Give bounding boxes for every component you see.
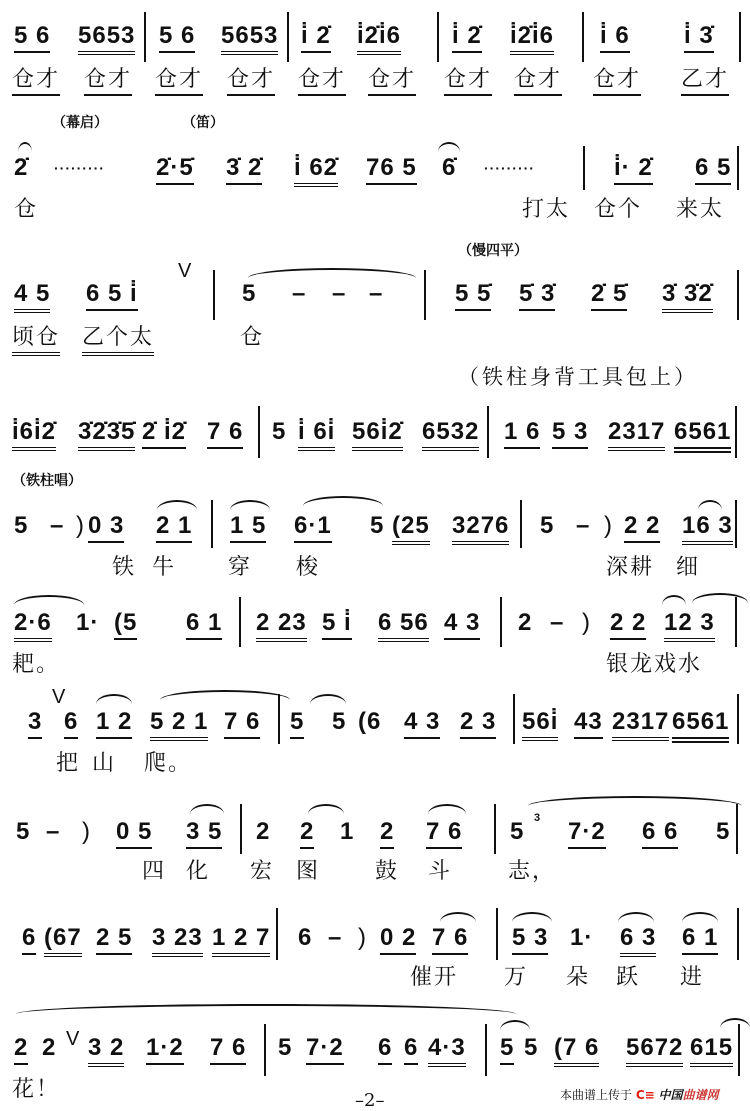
lyric: 仓 xyxy=(240,320,264,351)
note-group: 6 5 xyxy=(695,154,731,185)
note-group: 2 2 xyxy=(624,512,660,543)
barline xyxy=(424,270,426,320)
note-group: 6 1 xyxy=(682,924,718,955)
lyric: 仓才 xyxy=(12,62,60,96)
note: 5 xyxy=(510,818,524,846)
note-group: 6 3 xyxy=(620,924,656,957)
slur xyxy=(248,268,416,278)
annotation-slow-siping: （慢四平） xyxy=(458,240,528,260)
note-group: 2 1 xyxy=(156,512,192,543)
note-group: 3̇ 2̇ xyxy=(226,154,262,185)
note: 1 xyxy=(340,818,354,846)
note: 6 xyxy=(22,924,36,955)
lyric: 铁 xyxy=(112,550,136,581)
note: 2 xyxy=(42,1034,56,1062)
note-group: 615 xyxy=(690,1034,733,1067)
barline xyxy=(735,500,737,548)
lyric: 催开 xyxy=(410,960,458,991)
site-logo-icon: C≡ xyxy=(636,1088,655,1102)
site-name-part-b: 曲谱网 xyxy=(683,1088,719,1102)
note-group: 5653 xyxy=(78,22,135,55)
slur xyxy=(682,912,718,922)
lyric: 志， xyxy=(508,854,556,885)
barline xyxy=(213,270,215,320)
dash: – xyxy=(550,609,564,637)
fermata-icon xyxy=(438,142,460,152)
lyric: 花！ xyxy=(12,1072,60,1103)
note-group: 56i̇2̇ xyxy=(352,418,403,451)
note-group: 2̇·5̇ xyxy=(156,154,194,185)
barline xyxy=(144,12,146,62)
note-group: 7 6 xyxy=(224,708,260,739)
lyric: 穿 xyxy=(228,550,252,581)
barline xyxy=(500,597,502,647)
barline xyxy=(276,908,278,960)
barline xyxy=(737,146,739,190)
slur xyxy=(190,804,224,814)
lyric: 化 xyxy=(186,854,210,885)
note: 5 xyxy=(278,1034,292,1062)
barline xyxy=(737,694,739,744)
barline xyxy=(240,804,242,854)
note-group: i̇ 62̇ xyxy=(294,154,338,187)
barline xyxy=(487,406,489,458)
score-line-7: V 3 6 1 2 5 2 1 7 6 5 5 (6 4 3 2 3 56i̇ … xyxy=(0,686,750,776)
note-group: 2 5 xyxy=(96,924,132,955)
dash: – xyxy=(46,818,60,846)
note: 5 xyxy=(332,708,346,736)
slur xyxy=(303,496,383,506)
note-group: 1 5 xyxy=(230,512,266,543)
lyric: 银龙戏水 xyxy=(606,647,702,678)
slur xyxy=(512,912,552,922)
note-group: 0 5 xyxy=(116,818,152,849)
note-group: i̇6i̇2̇ xyxy=(12,418,56,451)
note-group: 6532 xyxy=(422,418,479,451)
barline xyxy=(738,1024,740,1076)
lyric: 把 xyxy=(56,746,80,777)
note-group: 6561 xyxy=(674,418,731,453)
lyric: 仓才 xyxy=(444,62,492,96)
dash: – xyxy=(328,924,342,952)
source-text: 本曲谱上传于 xyxy=(560,1088,632,1102)
note-group: 5̇ 3̇ xyxy=(519,280,555,311)
slur xyxy=(230,500,270,510)
paren: ) xyxy=(76,512,85,540)
score-line-5: （铁柱唱） 5 – ) 0 3 2 1 1 5 6·1 5 (25 3276 5… xyxy=(0,470,750,580)
note: 5 xyxy=(290,708,304,739)
note-group: (25 xyxy=(392,512,430,545)
lyric: 牛 xyxy=(152,550,176,581)
note-group: 4 3 xyxy=(444,609,480,640)
note-group: 7 6 xyxy=(207,418,243,449)
note-group: 3 23 xyxy=(152,924,203,957)
paren: ) xyxy=(358,924,367,952)
note-group: 3276 xyxy=(452,512,509,545)
dash: – xyxy=(369,280,383,308)
lyric: 梭 xyxy=(296,550,320,581)
note: 6 xyxy=(378,1034,392,1065)
slur xyxy=(662,595,686,605)
barline xyxy=(513,694,515,744)
note-group: 43 xyxy=(574,708,603,739)
annotation-tiezhu-sings: （铁柱唱） xyxy=(12,470,82,490)
note: 1· xyxy=(76,609,99,637)
note-group: i̇2̇i̇6 xyxy=(357,22,401,55)
note-group: 5 5̇ xyxy=(455,280,491,311)
score-line-8: 5 – ) 0 5 3 5 2 2 1 2 7 6 5 3 7·2 6 6 5 … xyxy=(0,796,750,886)
slur xyxy=(698,500,722,510)
page-number: –2– xyxy=(355,1090,384,1111)
note-group: 5653 xyxy=(221,22,278,55)
lyric: 细 xyxy=(676,550,700,581)
note-group: 5 6 xyxy=(159,22,195,53)
barline xyxy=(287,12,289,62)
note-group: i̇ 6 xyxy=(600,22,630,53)
lyric: 鼓 xyxy=(375,854,399,885)
lyric: 四 xyxy=(142,854,166,885)
note: 6 xyxy=(298,924,312,952)
lyric: 斗 xyxy=(428,854,452,885)
grace-note: 3 xyxy=(534,812,541,824)
note: 2 xyxy=(380,818,394,849)
note-group: 4·3 xyxy=(428,1034,466,1067)
note-group: i̇2̇i̇6 xyxy=(510,22,554,55)
barline xyxy=(737,908,739,960)
note: 2 xyxy=(256,818,270,846)
lyric: 仓才 xyxy=(368,62,416,96)
note-group: (67 xyxy=(44,924,82,957)
lyric: 万 xyxy=(504,960,528,991)
barline xyxy=(736,804,738,854)
barline xyxy=(735,406,737,458)
score-line-6: 2·6 1· (5 6 1 2 23 5 i̇ 6 56 4 3 2 – ) 2… xyxy=(0,585,750,685)
barline xyxy=(520,500,522,548)
paren: ) xyxy=(582,609,591,637)
barline xyxy=(437,12,439,62)
note-group: i̇ 2̇ xyxy=(301,22,331,53)
lyric: 山 xyxy=(92,746,116,777)
barline xyxy=(239,597,241,647)
note: 2 xyxy=(14,1034,28,1065)
lyric: 仓才 xyxy=(593,62,641,96)
note: 5 xyxy=(14,512,28,540)
dash: – xyxy=(332,280,346,308)
lyric: 仓才 xyxy=(155,62,203,96)
note-group: 2̇ 5̇ xyxy=(591,280,627,311)
note-group: 5 3 xyxy=(552,418,588,449)
hold-dots: ········· xyxy=(484,160,535,176)
note-group: 1 2 xyxy=(96,708,132,739)
note-group: 5 2 1 xyxy=(150,708,208,741)
lyric: 仓 xyxy=(14,192,38,223)
slur xyxy=(618,912,654,922)
paren: ) xyxy=(82,818,91,846)
barline xyxy=(739,12,741,62)
paren: ) xyxy=(604,512,613,540)
lyric: 仓才 xyxy=(514,62,562,96)
note-group: 7·2 xyxy=(306,1034,344,1065)
dash: – xyxy=(576,512,590,540)
note: 5 xyxy=(500,1034,514,1065)
annotation-curtain-rise: （幕启） xyxy=(52,112,108,132)
barline xyxy=(582,12,584,62)
note-group: 2 2 xyxy=(610,609,646,640)
slur xyxy=(310,694,346,704)
note-group: 7 6 xyxy=(432,924,468,955)
barline xyxy=(494,804,496,854)
lyric: 仓个 xyxy=(594,192,642,223)
score-line-3: （慢四平） V 4 5 6 5 i̇ 5 – – – – 5 5̇ 5̇ 3̇ … xyxy=(0,238,750,348)
slur xyxy=(16,1004,516,1014)
note: 5 xyxy=(716,818,730,846)
note-group: 2317 xyxy=(608,418,665,451)
barline xyxy=(264,1024,266,1076)
lyric: 爬。 xyxy=(144,746,192,777)
lyric: 仓才 xyxy=(84,62,132,96)
note-group: 2 23 xyxy=(256,609,307,642)
stage-direction: （铁柱身背工具包上） xyxy=(458,361,698,391)
note: 6̇ xyxy=(442,154,456,182)
note-group: 7 6 xyxy=(210,1034,246,1065)
slur xyxy=(692,593,748,603)
lyric: 耙。 xyxy=(12,647,60,678)
note-group: 76 5 xyxy=(366,154,417,185)
breath-mark-icon: V xyxy=(52,686,65,709)
note-group: 2317 xyxy=(612,708,669,741)
note-group: i̇· 2̇ xyxy=(614,154,653,185)
breath-mark-icon: V xyxy=(66,1028,79,1051)
dash: – xyxy=(50,512,64,540)
note: 5 xyxy=(16,818,30,846)
note-group: 3 2 xyxy=(88,1034,124,1067)
note-group: 16 3 xyxy=(682,512,733,545)
slur xyxy=(720,1018,750,1028)
note-group: (6 xyxy=(358,708,381,736)
note-group: i̇ 3̇ xyxy=(684,22,714,53)
score-line-1: 5 6 5653 5 6 5653 i̇ 2̇ i̇2̇i̇6 i̇ 2̇ i̇… xyxy=(0,22,750,102)
slur xyxy=(96,694,132,704)
lyric: 深耕 xyxy=(606,550,654,581)
barline xyxy=(737,270,739,320)
note-group: 2 3 xyxy=(460,708,496,739)
slur xyxy=(160,690,290,700)
lyric: 顷仓 xyxy=(12,320,60,356)
lyric: 宏 xyxy=(250,854,274,885)
note-group: i̇ 6i̇ xyxy=(298,418,335,451)
note-group: 6 56 xyxy=(378,609,429,642)
note: 5 xyxy=(540,512,554,540)
site-name-part-a: 中国 xyxy=(659,1088,683,1102)
hold-dots: ········· xyxy=(54,160,105,176)
note-group: i̇ 2̇ xyxy=(452,22,482,53)
note: 3 xyxy=(28,708,42,739)
note-group: 3 5 xyxy=(186,818,222,849)
lyric: 打太 xyxy=(522,192,570,223)
lyric: 跃 xyxy=(616,960,640,991)
note-group: 5672 xyxy=(626,1034,683,1067)
slur xyxy=(428,804,466,814)
lyric: 图 xyxy=(296,854,320,885)
slur xyxy=(500,1020,530,1030)
barline xyxy=(583,146,585,190)
note-group: 0 3 xyxy=(88,512,124,543)
note: 2 xyxy=(300,818,314,849)
lyric: 朵 xyxy=(566,960,590,991)
barline xyxy=(496,908,498,960)
note-group: 6561 xyxy=(672,708,729,743)
lyric: 乙才 xyxy=(681,62,729,96)
note: 1· xyxy=(570,924,593,952)
slur xyxy=(440,912,476,922)
note-group: 1 6 xyxy=(504,418,540,449)
slur xyxy=(14,595,84,605)
note-group: 6 6 xyxy=(642,818,678,849)
barline xyxy=(278,694,280,744)
note-group: 0 2 xyxy=(380,924,416,955)
note-group: 3̇ 3̇2̇ xyxy=(662,280,713,313)
slur xyxy=(157,500,197,510)
score-line-9: 6 (67 2 5 3 23 1 2 7 6 – ) 0 2 7 6 5 3 1… xyxy=(0,904,750,994)
score-line-4: i̇6i̇2̇ 3̇2̇3̇5̇ 2̇ i̇2̇ 7 6 5 i̇ 6i̇ 56… xyxy=(0,418,750,468)
fermata-icon xyxy=(18,142,32,152)
annotation-flute: （笛） xyxy=(182,112,224,132)
note-group: 7·2 xyxy=(568,818,606,849)
note: 5 xyxy=(524,1034,538,1062)
note-group: 6·1 xyxy=(294,512,332,543)
lyric: 进 xyxy=(680,960,704,991)
lyric: 仓才 xyxy=(227,62,275,96)
barline xyxy=(258,406,260,458)
slur xyxy=(528,796,742,806)
note-group: 6 5 i̇ xyxy=(86,280,138,311)
note: 6 xyxy=(64,708,78,739)
note-group: 1 2 7 xyxy=(212,924,270,957)
note-group: (7 6 xyxy=(554,1034,599,1067)
note-group: 5 3 xyxy=(512,924,548,955)
lyric: 乙个太 xyxy=(82,320,154,356)
note: 5 xyxy=(242,280,256,308)
note: 5 xyxy=(370,512,384,540)
note-group: 4 5 xyxy=(14,280,50,313)
note-group: 4 3 xyxy=(404,708,440,739)
barline xyxy=(735,597,737,647)
barline xyxy=(485,1024,487,1076)
note-group: 2·6 xyxy=(14,609,52,642)
slur xyxy=(308,804,344,814)
note-group: 3̇2̇3̇5̇ xyxy=(78,418,135,451)
note-group: 5 i̇ xyxy=(322,609,352,640)
note-group: 2̇ i̇2̇ xyxy=(142,418,186,449)
note-group: 5 6 xyxy=(14,22,50,53)
breath-mark-icon: V xyxy=(178,260,191,283)
note-group: 12 3 xyxy=(664,609,715,642)
score-line-10: V 2 2 3 2 1·2 7 6 5 7·2 6 6 4·3 5 5 (7 6… xyxy=(0,1000,750,1090)
score-line-2: （幕启） （笛） 2̇ ········· 2̇·5̇ 3̇ 2̇ i̇ 62̇… xyxy=(0,112,750,222)
note: 2 xyxy=(518,609,532,637)
note-group: 7 6 xyxy=(426,818,462,849)
note: 5 xyxy=(272,418,286,446)
note: 6 xyxy=(404,1034,418,1065)
lyric: 来太 xyxy=(676,192,724,223)
lyric: 仓才 xyxy=(298,62,346,96)
note-group: 1·2 xyxy=(146,1034,184,1065)
note: 2̇ xyxy=(14,154,28,182)
barline xyxy=(211,500,213,548)
note-group: (5 xyxy=(114,609,137,640)
note-group: 6 1 xyxy=(186,609,222,640)
note-group: 56i̇ xyxy=(522,708,558,741)
dash: – xyxy=(292,280,306,308)
source-watermark: 本曲谱上传于 C≡ 中国曲谱网 xyxy=(560,1086,719,1103)
